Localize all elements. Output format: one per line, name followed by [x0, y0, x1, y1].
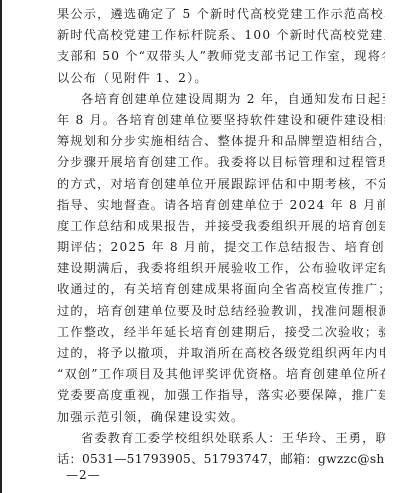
- paragraph-2: 各培育创建单位建设周期为 2 年，自通知发布日起至 2025 年 8 月。各培育…: [57, 89, 385, 428]
- text-line: 果公示，遴选确定了 5 个新时代高校党建工作示范高校、50 个: [57, 4, 385, 25]
- page-number: —2—: [66, 468, 101, 482]
- text-line: 收通过的，有关培育创建成果将面向全省高校宣传推广；暂缓通: [57, 279, 385, 300]
- text-line: 支部和 50 个“双带头人”教师党支部书记工作室，现将名单予: [57, 46, 385, 67]
- text-line: 过的，将予以撤项，并取消所在高校各级党组织两年内申报党建: [57, 343, 385, 364]
- text-line: 年 8 月。各培育创建单位要坚持软件建设和硬件建设相结合、统: [57, 110, 385, 131]
- paragraph-1: 果公示，遴选确定了 5 个新时代高校党建工作示范高校、50 个 新时代高校党建工…: [57, 4, 385, 89]
- document-page: 果公示，遴选确定了 5 个新时代高校党建工作示范高校、50 个 新时代高校党建工…: [57, 4, 385, 470]
- text-line: 过的，培育创建单位要及时总结经验教训，找准问题根源，加强: [57, 301, 385, 322]
- text-line: 新时代高校党建工作标杆院系、100 个新时代高校党建工作样板: [57, 25, 385, 46]
- text-line: 加强示范引领，确保建设实效。: [57, 407, 385, 428]
- text-line: 党委要高度重视，加强工作指导，落实必要保障，推广建设成果，: [57, 385, 385, 406]
- text-line: 分步骤开展培育创建工作。我委将以目标管理和过程管理相结合: [57, 152, 385, 173]
- text-line: 建设期满后，我委将组织开展验收工作，公布验收评定结果。验: [57, 258, 385, 279]
- text-line: 筹规划和分步实施相结合、整体提升和品牌塑造相结合，按计划、: [57, 131, 385, 152]
- text-line: 话：0531—51793905、51793747，邮箱：gwzzc@shando…: [57, 449, 385, 470]
- text-line: 期评估；2025 年 8 月前，提交工作总结报告、培育创建成果。: [57, 237, 385, 258]
- text-line: 以公布（见附件 1、2）。: [57, 68, 385, 89]
- text-line: 度工作总结和成果报告，并接受我委组织开展的培育创建情况中: [57, 216, 385, 237]
- text-line: 指导、实地督查。请各培育创建单位于 2024 年 8 月前，提交年: [57, 195, 385, 216]
- text-line: “双创”工作项目及其他评奖评优资格。培育创建单位所在高校: [57, 364, 385, 385]
- text-line: 各培育创建单位建设周期为 2 年，自通知发布日起至 2025: [57, 89, 385, 110]
- text-line: 工作整改，经半年延长培育创建期后，接受二次验收；验收未通: [57, 322, 385, 343]
- text-line: 的方式，对培育创建单位开展跟踪评估和中期考核，不定期入校: [57, 174, 385, 195]
- page-left-border: [0, 0, 2, 493]
- text-line: 省委教育工委学校组织处联系人：王华玲、王勇，联系电: [57, 428, 385, 449]
- paragraph-3-contact: 省委教育工委学校组织处联系人：王华玲、王勇，联系电 话：0531—5179390…: [57, 428, 385, 470]
